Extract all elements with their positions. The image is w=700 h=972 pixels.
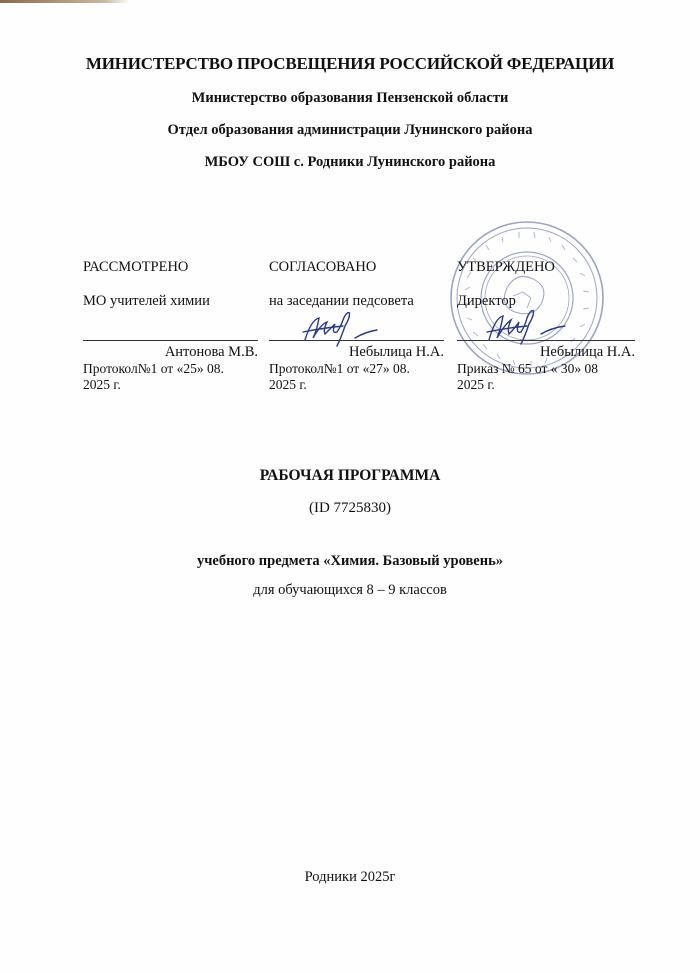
approval-body: на заседании педсовета xyxy=(269,292,444,314)
protocol-text: Приказ № 65 от « 30» 08 xyxy=(457,361,635,377)
protocol-year: 2025 г. xyxy=(457,377,635,393)
handwritten-signature-icon xyxy=(301,312,391,352)
ministry-heading: МИНИСТЕРСТВО ПРОСВЕЩЕНИЯ РОССИЙСКОЙ ФЕДЕ… xyxy=(0,54,700,74)
protocol-year: 2025 г. xyxy=(269,377,444,393)
program-subject: учебного предмета «Химия. Базовый уровен… xyxy=(0,553,700,570)
regional-ministry-heading: Министерство образования Пензенской обла… xyxy=(0,90,700,107)
school-heading: МБОУ СОШ с. Родники Лунинского района xyxy=(0,154,700,171)
signature-line xyxy=(269,320,444,341)
approval-body: МО учителей химии xyxy=(83,292,258,314)
signature-line xyxy=(457,320,635,341)
protocol-text: Протокол№1 от «25» 08. xyxy=(83,361,258,377)
signer-name: Антонова М.В. xyxy=(83,343,258,361)
protocol-text: Протокол№1 от «27» 08. xyxy=(269,361,444,377)
approval-status: РАССМОТРЕНО xyxy=(83,258,258,280)
program-audience: для обучающихся 8 – 9 классов xyxy=(0,582,700,599)
approval-status: СОГЛАСОВАНО xyxy=(269,258,444,280)
approval-status: УТВЕРЖДЕНО xyxy=(457,258,635,280)
program-id: (ID 7725830) xyxy=(0,500,700,517)
approval-block-reviewed: РАССМОТРЕНО МО учителей химии Антонова М… xyxy=(83,258,258,393)
place-and-year: Родники 2025г xyxy=(0,869,700,886)
approval-block-approved: УТВЕРЖДЕНО Директор Небылица Н.А. Приказ… xyxy=(457,258,635,393)
handwritten-signature-icon xyxy=(485,310,575,350)
protocol-year: 2025 г. xyxy=(83,377,258,393)
program-title: РАБОЧАЯ ПРОГРАММА xyxy=(0,467,700,485)
scan-edge-artifact xyxy=(0,0,130,3)
signature-line xyxy=(83,320,258,341)
approval-block-agreed: СОГЛАСОВАНО на заседании педсовета Небыл… xyxy=(269,258,444,393)
district-department-heading: Отдел образования администрации Лунинско… xyxy=(0,122,700,139)
